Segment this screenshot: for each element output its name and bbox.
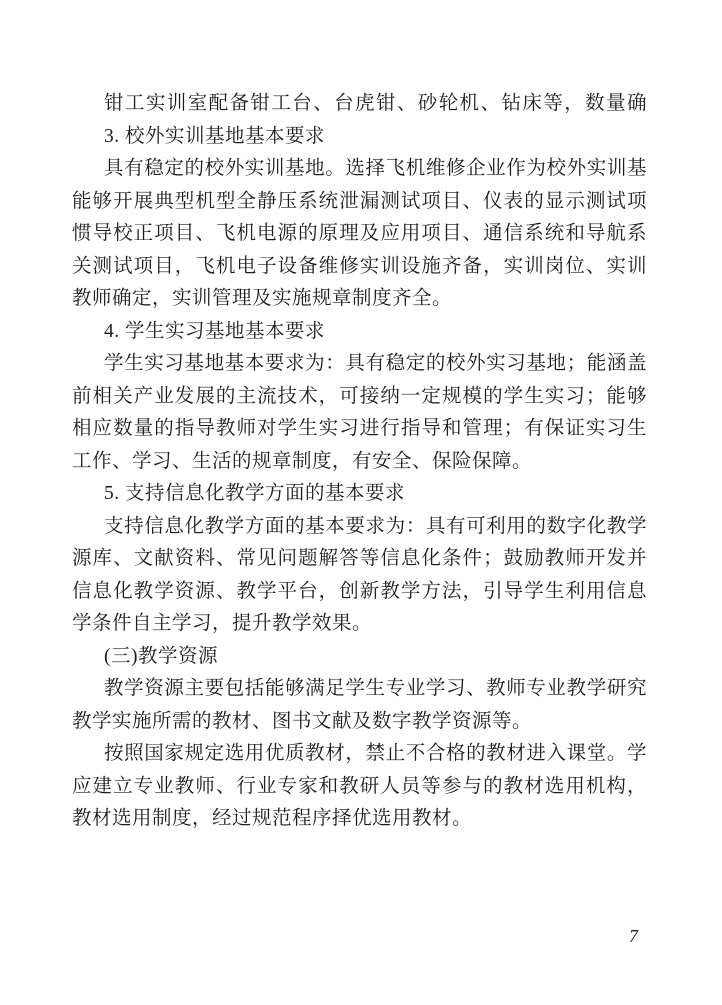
text-line: 应建立专业教师、行业专家和教研人员等参与的教材选用机构，完善 bbox=[72, 771, 647, 804]
text-line: 工作、学习、生活的规章制度，有安全、保险保障。 bbox=[72, 446, 647, 479]
text-line: 钳工实训室配备钳工台、台虎钳、砂轮机、钻床等，数量确定。 bbox=[72, 88, 647, 121]
text-line: 具有稳定的校外实训基地。选择飞机维修企业作为校外实训基地， bbox=[72, 153, 647, 186]
heading-line: 4. 学生实习基地基本要求 bbox=[72, 316, 647, 349]
text-line: 支持信息化教学方面的基本要求为：具有可利用的数字化教学资 bbox=[72, 511, 647, 544]
text-line: 前相关产业发展的主流技术，可接纳一定规模的学生实习；能够配备 bbox=[72, 381, 647, 414]
document-page: 钳工实训室配备钳工台、台虎钳、砂轮机、钻床等，数量确定。 3. 校外实训基地基本… bbox=[0, 0, 722, 1005]
page-number: 7 bbox=[629, 922, 659, 950]
text-line: 能够开展典型机型全静压系统泄漏测试项目、仪表的显示测试项目、 bbox=[72, 186, 647, 219]
text-line: 惯导校正项目、飞机电源的原理及应用项目、通信系统和导航系统相 bbox=[72, 218, 647, 251]
text-line: 相应数量的指导教师对学生实习进行指导和管理；有保证实习生日常 bbox=[72, 413, 647, 446]
heading-line: 5. 支持信息化教学方面的基本要求 bbox=[72, 478, 647, 511]
text-line: 教学资源主要包括能够满足学生专业学习、教师专业教学研究和 bbox=[72, 673, 647, 706]
text-line: 教师确定，实训管理及实施规章制度齐全。 bbox=[72, 283, 647, 316]
text-line: 按照国家规定选用优质教材，禁止不合格的教材进入课堂。学校 bbox=[72, 738, 647, 771]
text-line: 关测试项目，飞机电子设备维修实训设施齐备，实训岗位、实训指导 bbox=[72, 251, 647, 284]
text-line: 信息化教学资源、教学平台，创新教学方法，引导学生利用信息化教 bbox=[72, 576, 647, 609]
text-line: 教材选用制度，经过规范程序择优选用教材。 bbox=[72, 803, 647, 836]
heading-line: 3. 校外实训基地基本要求 bbox=[72, 121, 647, 154]
text-line: 学生实习基地基本要求为：具有稳定的校外实习基地；能涵盖当 bbox=[72, 348, 647, 381]
text-body: 钳工实训室配备钳工台、台虎钳、砂轮机、钻床等，数量确定。 3. 校外实训基地基本… bbox=[72, 88, 647, 836]
text-line: 教学实施所需的教材、图书文献及数字教学资源等。 bbox=[72, 706, 647, 739]
heading-line: (三)教学资源 bbox=[72, 641, 647, 674]
text-line: 学条件自主学习，提升教学效果。 bbox=[72, 608, 647, 641]
text-line: 源库、文献资料、常见问题解答等信息化条件；鼓励教师开发并利用 bbox=[72, 543, 647, 576]
